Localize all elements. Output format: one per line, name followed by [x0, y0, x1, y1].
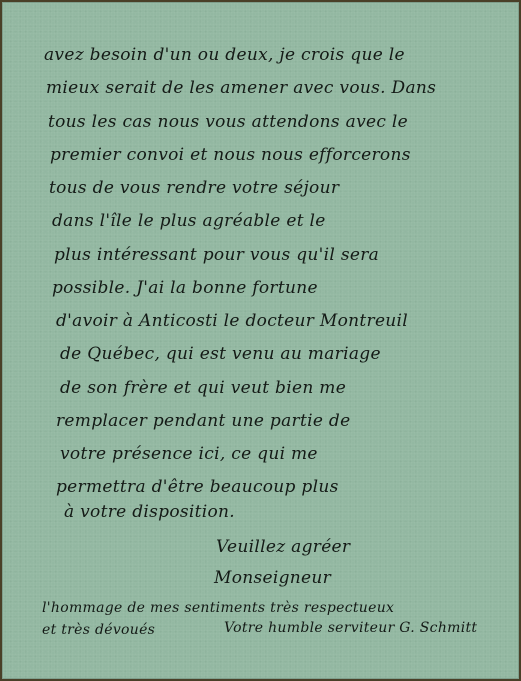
letter-line-14: permettra d'être beaucoup plus	[56, 477, 339, 497]
letter-line-7: plus intéressant pour vous qu'il sera	[54, 245, 379, 265]
letter-line-10: de Québec, qui est venu au mariage	[60, 344, 381, 364]
letter-line-3: tous les cas nous vous attendons avec le	[48, 112, 408, 132]
letter-page: avez besoin d'un ou deux, je crois que l…	[2, 2, 519, 679]
letter-line-12: remplacer pendant une partie de	[56, 411, 350, 431]
signature: Votre humble serviteur G. Schmitt	[224, 620, 477, 636]
closing-line-2: Monseigneur	[214, 568, 331, 588]
final-line-1: l'hommage de mes sentiments très respect…	[42, 600, 394, 616]
letter-line-13: votre présence ici, ce qui me	[60, 444, 318, 464]
letter-line-15: à votre disposition.	[64, 502, 235, 522]
letter-line-2: mieux serait de les amener avec vous. Da…	[46, 78, 436, 98]
final-line-2: et très dévoués	[42, 622, 155, 638]
letter-line-8: possible. J'ai la bonne fortune	[52, 278, 318, 298]
closing-line-1: Veuillez agréer	[216, 537, 350, 557]
letter-line-11: de son frère et qui veut bien me	[60, 378, 346, 398]
letter-line-9: d'avoir à Anticosti le docteur Montreuil	[56, 311, 408, 331]
letter-line-1: avez besoin d'un ou deux, je crois que l…	[44, 45, 405, 65]
letter-line-5: tous de vous rendre votre séjour	[49, 178, 339, 198]
letter-line-6: dans l'île le plus agréable et le	[52, 211, 326, 231]
letter-line-4: premier convoi et nous nous efforcerons	[50, 145, 411, 165]
